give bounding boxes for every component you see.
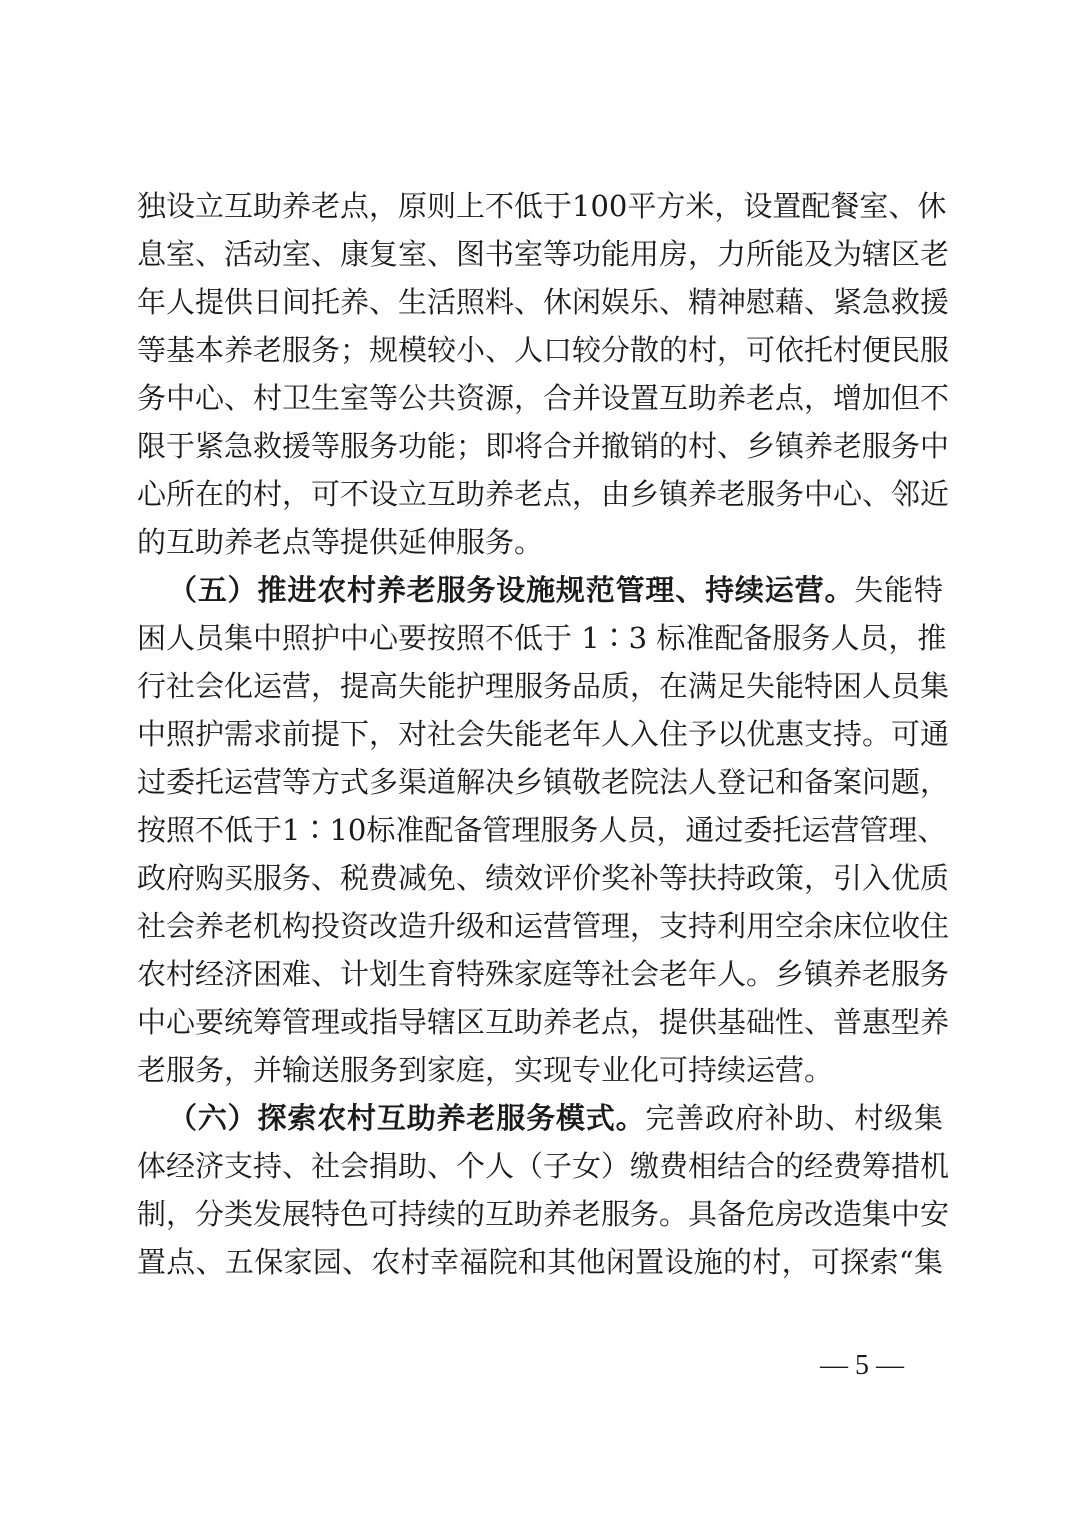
text-line: 独设立互助养老点，原则上不低于100平方米，设置配餐室、休 xyxy=(137,182,943,230)
text-line: 行社会化运营，提高失能护理服务品质，在满足失能特困人员集 xyxy=(137,662,943,710)
section-5-heading: （五）推进农村养老服务设施规范管理、持续运营。 xyxy=(168,573,854,607)
text-line: 体经济支持、社会捐助、个人（子女）缴费相结合的经费筹措机 xyxy=(137,1142,943,1190)
text-line: 中心要统筹管理或指导辖区互助养老点，提供基础性、普惠型养 xyxy=(137,998,943,1046)
text-line: 息室、活动室、康复室、图书室等功能用房，力所能及为辖区老 xyxy=(137,230,943,278)
text-line: 按照不低于1∶10标准配备管理服务人员，通过委托运营管理、 xyxy=(137,806,943,854)
section-5-first-line: （五）推进农村养老服务设施规范管理、持续运营。失能特 xyxy=(168,566,943,614)
text-line: 中照护需求前提下，对社会失能老年人入住予以优惠支持。可通 xyxy=(137,710,943,758)
section-6-first-line-rest: 完善政府补助、村级集 xyxy=(645,1101,943,1135)
text-line: 务中心、村卫生室等公共资源，合并设置互助养老点，增加但不 xyxy=(137,374,943,422)
section-6-first-line: （六）探索农村互助养老服务模式。完善政府补助、村级集 xyxy=(168,1094,943,1142)
text-line: 的互助养老点等提供延伸服务。 xyxy=(137,518,943,566)
text-line: 置点、五保家园、农村幸福院和其他闲置设施的村，可探索“集 xyxy=(137,1238,943,1286)
page-number: — 5 — xyxy=(812,1350,912,1382)
text-line: 农村经济困难、计划生育特殊家庭等社会老年人。乡镇养老服务 xyxy=(137,950,943,998)
text-line: 过委托运营等方式多渠道解决乡镇敬老院法人登记和备案问题， xyxy=(137,758,943,806)
text-line: 政府购买服务、税费减免、绩效评价奖补等扶持政策，引入优质 xyxy=(137,854,943,902)
text-line: 社会养老机构投资改造升级和运营管理，支持利用空余床位收住 xyxy=(137,902,943,950)
text-line: 年人提供日间托养、生活照料、休闲娱乐、精神慰藉、紧急救援 xyxy=(137,278,943,326)
section-5-first-line-rest: 失能特 xyxy=(854,573,943,607)
document-page: 独设立互助养老点，原则上不低于100平方米，设置配餐室、休 息室、活动室、康复室… xyxy=(0,0,1074,1519)
section-6-heading: （六）探索农村互助养老服务模式。 xyxy=(168,1101,645,1135)
text-line: 制，分类发展特色可持续的互助养老服务。具备危房改造集中安 xyxy=(137,1190,943,1238)
text-line: 老服务，并输送服务到家庭，实现专业化可持续运营。 xyxy=(137,1046,943,1094)
text-line: 困人员集中照护中心要按照不低于 1∶3 标准配备服务人员，推 xyxy=(137,614,943,662)
text-line: 等基本养老服务；规模较小、人口较分散的村，可依托村便民服 xyxy=(137,326,943,374)
text-line: 心所在的村，可不设立互助养老点，由乡镇养老服务中心、邻近 xyxy=(137,470,943,518)
text-line: 限于紧急救援等服务功能；即将合并撤销的村、乡镇养老服务中 xyxy=(137,422,943,470)
